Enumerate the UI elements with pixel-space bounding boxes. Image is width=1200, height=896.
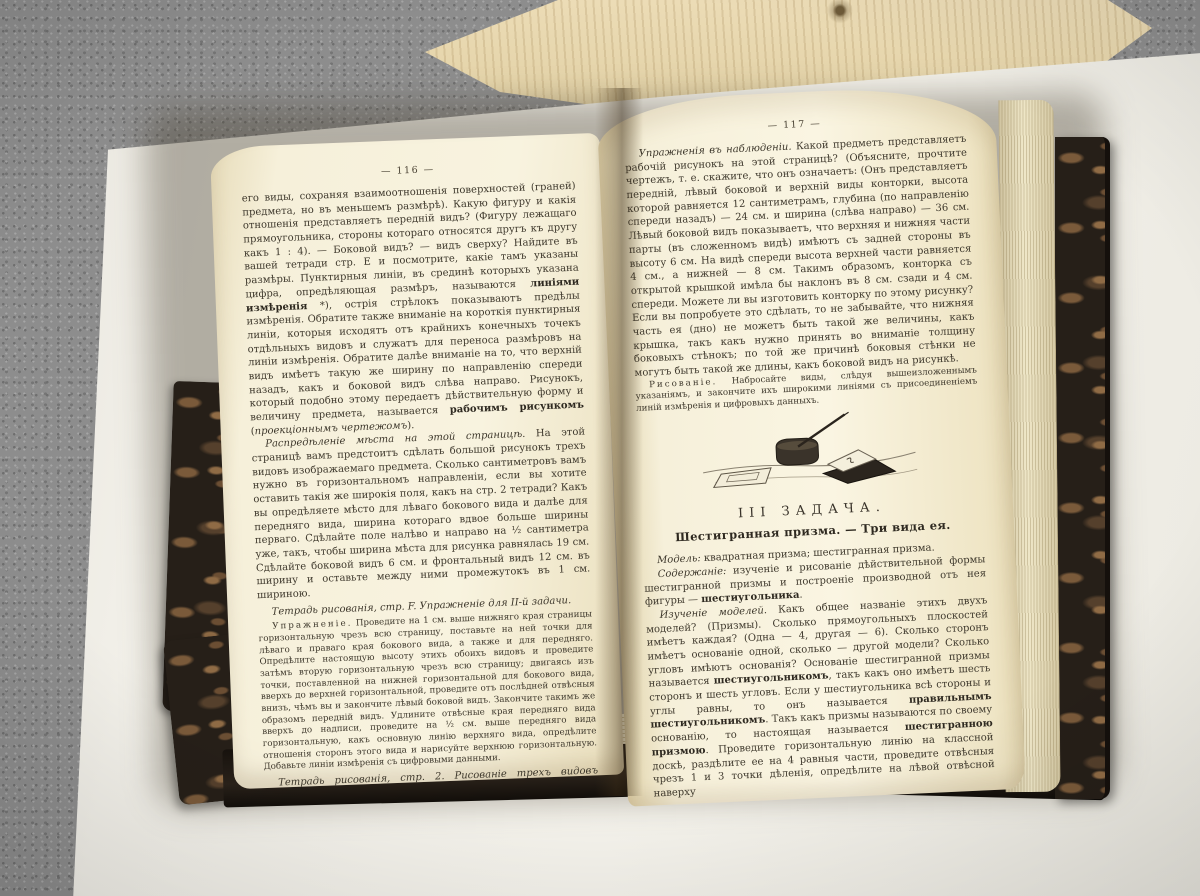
book-page-116: — 116 — его виды, сохраняя взаимоотношен… bbox=[210, 133, 624, 789]
page-117-upper-text: Упражненія въ наблюденіи. Какой предметъ… bbox=[624, 133, 978, 416]
ink-sketch-inkwell-pen-paper-open-book-illustration bbox=[637, 402, 982, 501]
text-segment: На этой страницѣ вамъ предстоитъ сдѣлать… bbox=[252, 427, 591, 601]
text-segment: . bbox=[799, 590, 803, 601]
paragraph: его виды, сохраняя взаимоотношенія повер… bbox=[242, 180, 585, 439]
page-117-lower-text: Модель: квадратная призма; шестигранная … bbox=[643, 539, 996, 801]
text-segment: рабочимъ рисункомъ bbox=[450, 400, 585, 416]
text-segment: Содержаніе: bbox=[657, 566, 726, 580]
text-segment: его виды, сохраняя взаимоотношенія повер… bbox=[242, 181, 579, 301]
book-page-117: — 117 — Упражненія въ наблюденіи. Какой … bbox=[596, 83, 1026, 806]
paragraph: Упражненія въ наблюденіи. Какой предметъ… bbox=[624, 133, 976, 381]
open-book: — 116 — его виды, сохраняя взаимоотношен… bbox=[165, 82, 1110, 812]
paragraph: Упражненіе. Проведите на 1 см. выше нижн… bbox=[258, 610, 598, 774]
paragraph: Распредѣленіе мѣста на этой страницѣ. На… bbox=[251, 426, 591, 603]
desk-sketch-drawing bbox=[693, 407, 926, 497]
book-cover-right-edge bbox=[1055, 137, 1110, 799]
text-segment: Модель: bbox=[657, 553, 701, 566]
text-segment: ). bbox=[407, 420, 415, 431]
page-116-text: его виды, сохраняя взаимоотношенія повер… bbox=[242, 180, 599, 790]
text-segment: Проведите на 1 см. выше нижняго края стр… bbox=[259, 610, 598, 773]
paragraph: Изученіе моделей. Какъ общее названіе эт… bbox=[645, 594, 995, 801]
photo-scene: — 116 — его виды, сохраняя взаимоотношен… bbox=[0, 0, 1200, 896]
text-segment: Какой предметъ представляетъ рабочій рис… bbox=[625, 134, 976, 379]
page-number-left: — 116 — bbox=[241, 158, 575, 184]
